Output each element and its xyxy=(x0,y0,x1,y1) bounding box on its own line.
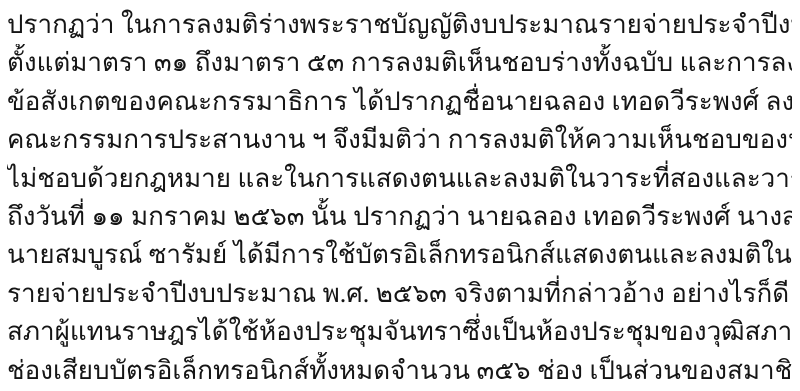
text-line: คณะกรรมการประสานงาน ฯ จึงมีมติว่า การลงม… xyxy=(7,121,792,159)
text-line: ข้อสังเกตของคณะกรรมาธิการ ได้ปรากฏชื่อนา… xyxy=(7,83,792,121)
text-line: ช่องเสียบบัตรอิเล็กทรอนิกส์ทั้งหมดจำนวน … xyxy=(7,352,792,390)
text-line: ตั้งแต่มาตรา ๓๑ ถึงมาตรา ๕๓ การลงมติเห็น… xyxy=(7,44,792,82)
text-line: ปรากฏว่า ในการลงมติร่างพระราชบัญญัติงบปร… xyxy=(7,6,792,44)
text-line: รายจ่ายประจำปีงบประมาณ พ.ศ. ๒๕๖๓ จริงตาม… xyxy=(7,275,792,313)
text-line: นายสมบูรณ์ ซารัมย์ ได้มีการใช้บัตรอิเล็ก… xyxy=(7,236,792,274)
text-block: ปรากฏว่า ในการลงมติร่างพระราชบัญญัติงบปร… xyxy=(7,6,792,390)
text-line: ไม่ชอบด้วยกฎหมาย และในการแสดงตนและลงมติใ… xyxy=(7,160,792,198)
text-line: สภาผู้แทนราษฎรได้ใช้ห้องประชุมจันทราซึ่ง… xyxy=(7,313,792,351)
document-page: ปรากฏว่า ในการลงมติร่างพระราชบัญญัติงบปร… xyxy=(0,0,800,391)
text-line: ถึงวันที่ ๑๑ มกราคม ๒๕๖๓ นั้น ปรากฏว่า น… xyxy=(7,198,792,236)
